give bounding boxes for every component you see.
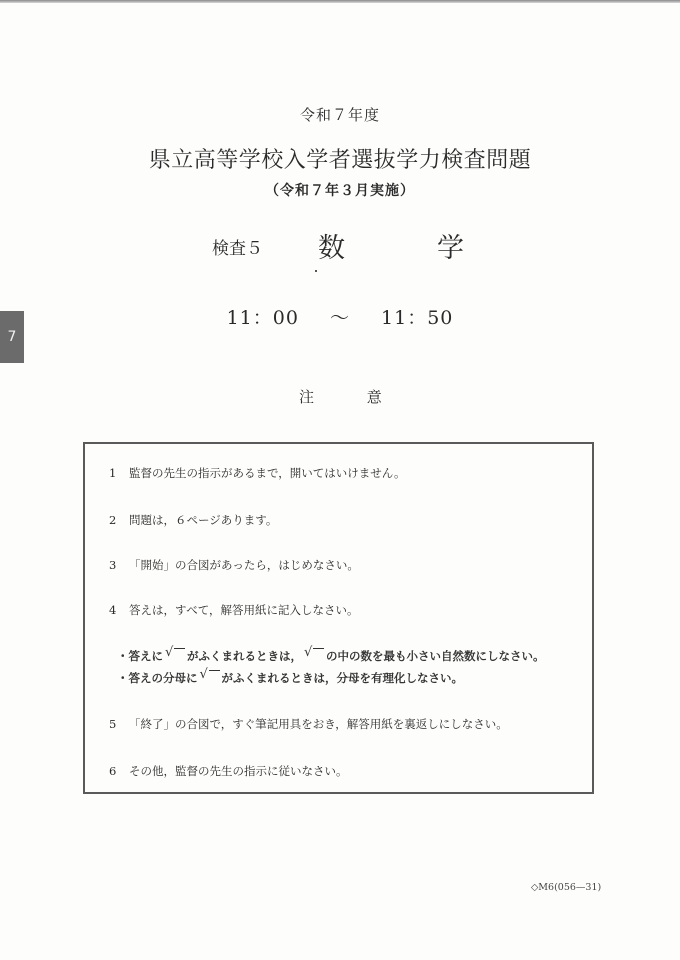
sub-bullet: ・答えの分母にがふくまれるときは，分母を有理化しなさい。 (117, 670, 463, 686)
exam-time: 11：00 ～ 11：50 (0, 303, 680, 330)
notice-heading-char-1: 注 (299, 388, 314, 406)
sub-bullet: ・答えにがふくまれるときは，の中の数を最も小さい自然数にしなさい。 (117, 648, 545, 664)
square-root-icon (304, 648, 324, 662)
item-text: 問題は，６ページあります。 (129, 513, 277, 527)
side-tab-number: 7 (8, 329, 17, 345)
notice-item: 3「開始」の合図があったら，はじめなさい。 (109, 557, 359, 573)
time-separator: ～ (330, 307, 350, 329)
notice-item: 6その他，監督の先生の指示に従いなさい。 (109, 763, 348, 779)
square-root-icon (165, 648, 185, 662)
notice-item: 4答えは，すべて，解答用紙に記入しなさい。 (109, 602, 359, 618)
bullet-text: の中の数を最も小さい自然数にしなさい。 (326, 649, 545, 663)
bullet-text: がふくまれるときは，分母を有理化しなさい。 (222, 671, 464, 685)
scan-speck (315, 270, 317, 272)
subject-char-1: 数 (318, 226, 345, 265)
notice-item: 2問題は，６ページあります。 (109, 512, 277, 528)
subject-char-2: 学 (437, 226, 464, 265)
document-code: ◇M6(056—31) (531, 882, 601, 893)
notice-heading: 注 意 (299, 386, 382, 407)
item-number: 6 (109, 764, 129, 778)
start-time: 11：00 (227, 307, 299, 329)
item-text: 「終了」の合図で，すぐ筆記用具をおき，解答用紙を裏返しにしなさい。 (129, 717, 508, 731)
item-number: 2 (109, 513, 129, 527)
item-number: 4 (109, 603, 129, 617)
notice-box: 1監督の先生の指示があるまで，開いてはいけません。 2問題は，６ページあります。… (83, 442, 594, 794)
fiscal-year: 令和７年度 (0, 104, 680, 125)
exam-date: （令和７年３月実施） (0, 180, 680, 200)
end-time: 11：50 (381, 307, 453, 329)
square-root-icon (200, 670, 220, 684)
scan-top-edge (0, 0, 680, 3)
exam-title: 県立高等学校入学者選抜学力検査問題 (0, 143, 680, 174)
notice-heading-char-2: 意 (367, 388, 382, 406)
notice-item: 1監督の先生の指示があるまで，開いてはいけません。 (109, 465, 405, 481)
item-number: 1 (109, 466, 129, 480)
item-number: 5 (109, 717, 129, 731)
item-number: 3 (109, 558, 129, 572)
bullet-text: ・答えの分母に (117, 671, 198, 685)
subject-heading: 検査５ 数 学 (212, 226, 512, 266)
item-text: 答えは，すべて，解答用紙に記入しなさい。 (129, 603, 359, 617)
item-text: 「開始」の合図があったら，はじめなさい。 (129, 558, 359, 572)
bullet-text: がふくまれるときは， (187, 649, 302, 663)
bullet-text: ・答えに (117, 649, 163, 663)
item-text: 監督の先生の指示があるまで，開いてはいけません。 (129, 466, 405, 480)
notice-item: 5「終了」の合図で，すぐ筆記用具をおき，解答用紙を裏返しにしなさい。 (109, 716, 508, 732)
item-text: その他，監督の先生の指示に従いなさい。 (129, 764, 348, 778)
exam-number: 検査５ (212, 234, 263, 259)
